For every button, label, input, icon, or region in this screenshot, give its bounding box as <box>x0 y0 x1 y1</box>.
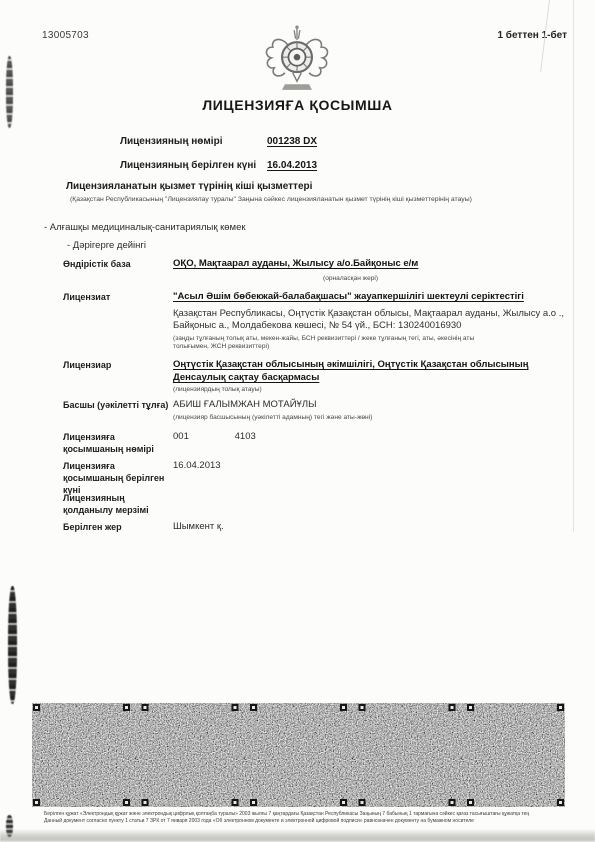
license-number-row: Лицензияның нөмірі 001238 DX <box>120 136 560 147</box>
head-person-row: Басшы (уәкілетті тұлға) АБИШ ҒАЛЫМЖАН МО… <box>63 399 565 422</box>
licensee-value: "Асыл Әшім бөбекжай-балабақшасы" жауапке… <box>173 291 565 304</box>
validity-row: Лицензияның қолданылу мерзімі <box>63 492 565 516</box>
licensee-row: Лицензиат "Асыл Әшім бөбекжай-балабақшас… <box>63 291 565 351</box>
qr-block <box>466 703 565 807</box>
qr-block <box>358 703 457 807</box>
license-number-label: Лицензияның нөмірі <box>120 136 267 147</box>
production-base-row: Өндірістік база ОҚО, Мақтаарал ауданы, Ж… <box>63 258 565 283</box>
document-number: 13005703 <box>42 30 89 41</box>
kazakhstan-emblem-icon <box>261 23 333 97</box>
issue-place-row: Берілген жер Шымкент қ. <box>63 521 565 534</box>
scan-edge-shadow <box>0 829 595 842</box>
licensor-note: (лицензиярдың толық атауы) <box>173 386 565 394</box>
subactivities-heading: Лицензияланатын қызмет түрінің кіші қызм… <box>66 181 312 192</box>
head-person-label: Басшы (уәкілетті тұлға) <box>63 399 173 411</box>
appendix-number-row: Лицензияға қосымшаның нөмірі 001 4103 <box>63 431 565 455</box>
licensee-note: (заңды тұлғаның толық аты, мекен-жайы, Б… <box>173 335 503 351</box>
validity-label: Лицензияның қолданылу мерзімі <box>63 492 173 516</box>
licensee-details: Қазақстан Республикасы, Оңтүстік Қазақст… <box>173 308 565 333</box>
appendix-number-value-2: 4103 <box>235 431 256 442</box>
head-person-note: (лицензияр басшысының (уәкілетті адамның… <box>173 414 565 422</box>
scan-artifact-streak <box>8 586 17 704</box>
qr-code-strip <box>32 703 565 807</box>
qr-block <box>141 703 240 807</box>
footer-line-russian: Данный документ согласно пункту 1 статьи… <box>44 818 584 825</box>
issue-place-value: Шымкент қ. <box>173 521 224 532</box>
scan-artifact-streak <box>6 56 13 128</box>
appendix-number-value-1: 001 <box>173 431 232 444</box>
subactivity-item: - Дәрігерге дейінгі <box>67 240 146 251</box>
footer-line-kazakh: Берілген құжат «Электрондық құжат және э… <box>44 811 584 818</box>
license-appendix-page: 13005703 1 беттен 1-бет ЛИЦЕНЗИЯҒА ҚОСЫМ… <box>0 0 595 842</box>
page-indicator: 1 беттен 1-бет <box>497 30 567 41</box>
issue-place-label: Берілген жер <box>63 521 173 533</box>
appendix-issue-date-value: 16.04.2013 <box>173 460 221 471</box>
licensee-label: Лицензиат <box>63 291 173 303</box>
appendix-issue-date-label: Лицензияға қосымшаның берілген күні <box>63 460 173 496</box>
qr-block <box>32 703 131 807</box>
subactivity-item: - Алғашқы медициналық-санитариялық көмек <box>44 222 246 233</box>
licensor-label: Лицензиар <box>63 359 173 371</box>
production-base-label: Өндірістік база <box>63 258 173 270</box>
licensor-value: Оңтүстік Қазақстан облысының әкімшілігі,… <box>173 359 563 384</box>
footer-legal-note: Берілген құжат «Электрондық құжат және э… <box>44 811 584 824</box>
qr-block <box>249 703 348 807</box>
page-title: ЛИЦЕНЗИЯҒА ҚОСЫМША <box>0 97 595 113</box>
head-person-value: АБИШ ҒАЛЫМЖАН МОТАЙҰЛЫ <box>173 399 565 412</box>
license-issue-date-label: Лицензияның берілген күні <box>120 160 267 171</box>
scan-artifact-line <box>573 0 574 532</box>
appendix-number-label: Лицензияға қосымшаның нөмірі <box>63 431 173 455</box>
license-issue-date-value: 16.04.2013 <box>267 160 317 171</box>
production-base-note: (орналасқан жері) <box>323 275 565 283</box>
subactivities-note: (Қазақстан Республикасының "Лицензиялау … <box>70 196 472 203</box>
production-base-value: ОҚО, Мақтаарал ауданы, Жылысу а/о.Байқон… <box>173 258 565 271</box>
appendix-issue-date-row: Лицензияға қосымшаның берілген күні 16.0… <box>63 460 565 496</box>
license-issue-date-row: Лицензияның берілген күні 16.04.2013 <box>120 160 560 171</box>
licensor-row: Лицензиар Оңтүстік Қазақстан облысының ә… <box>63 359 565 394</box>
license-number-value: 001238 DX <box>267 136 317 147</box>
